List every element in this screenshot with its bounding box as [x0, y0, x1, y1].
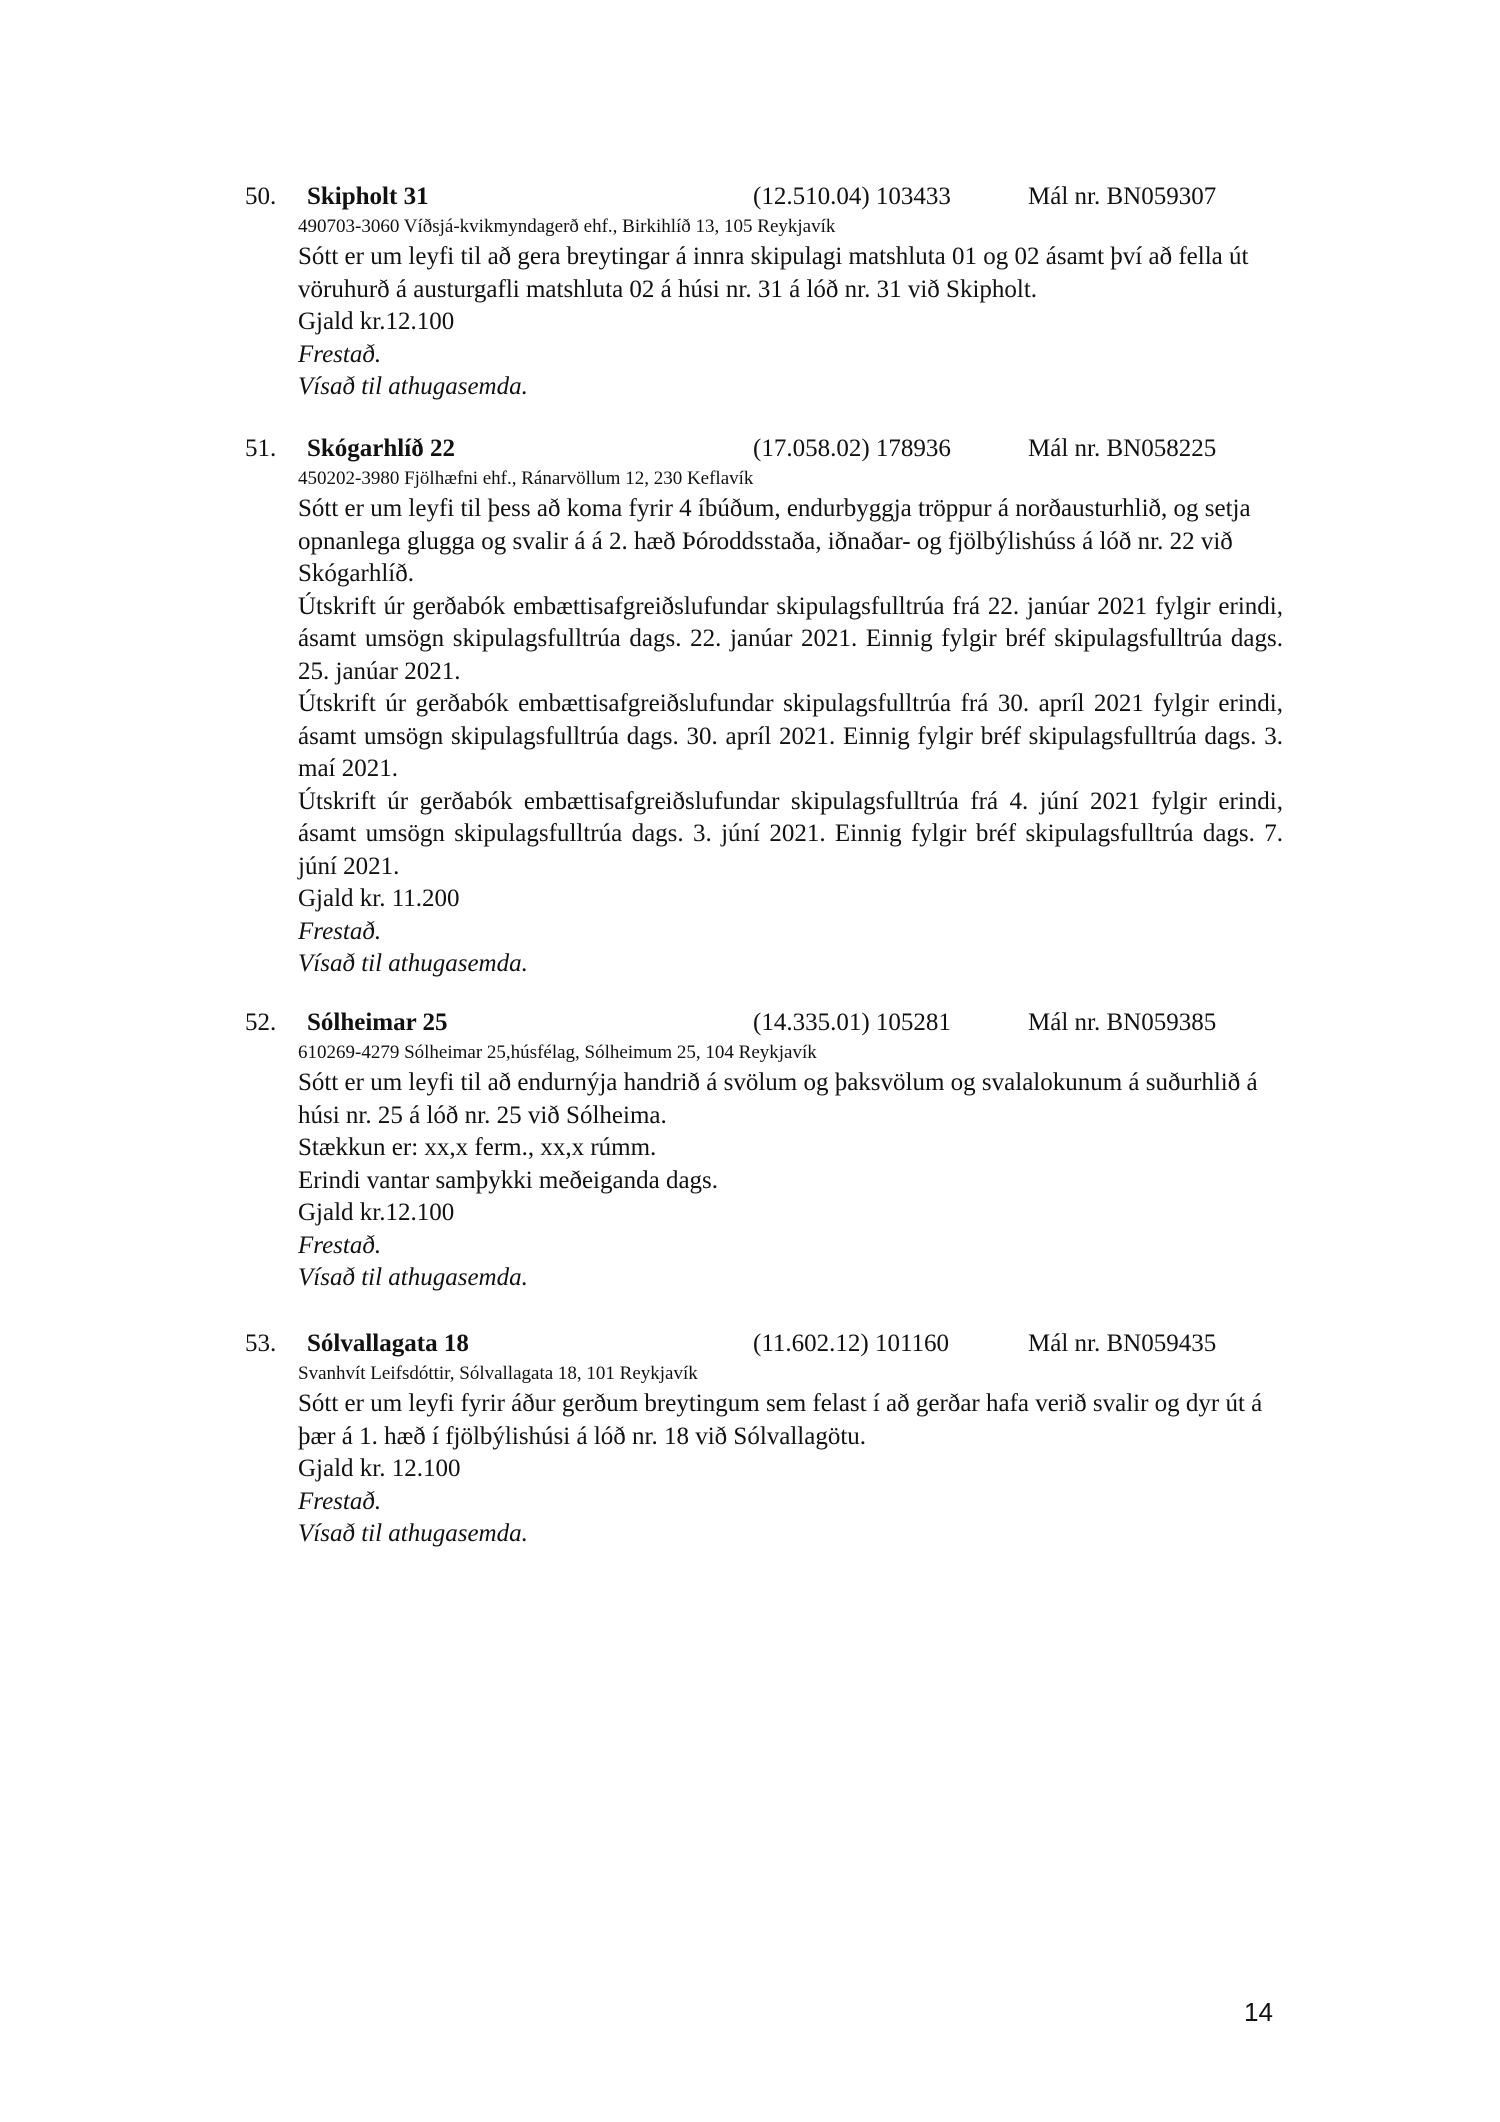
case-heading: 50. Skipholt 31 (12.510.04) 103433 Mál n…	[245, 180, 1295, 213]
address-title: Sólheimar 25	[307, 1006, 448, 1039]
note: Vísað til athugasemda.	[298, 1262, 1283, 1295]
address-title: Skipholt 31	[307, 180, 429, 213]
note: Vísað til athugasemda.	[298, 1518, 1283, 1551]
case-item: 52. Sólheimar 25 (14.335.01) 105281 Mál …	[245, 1006, 1295, 1295]
status: Frestað.	[298, 916, 1283, 949]
applicant: Svanhvít Leifsdóttir, Sólvallagata 18, 1…	[298, 1360, 1283, 1388]
address-title: Skógarhlíð 22	[307, 432, 455, 465]
case-number: Mál nr. BN059307	[1028, 180, 1216, 213]
attachment-note: Útskrift úr gerðabók embættisafgreiðsluf…	[298, 786, 1283, 884]
item-number: 50.	[245, 180, 276, 213]
land-reference: (11.602.12) 101160	[753, 1327, 949, 1360]
case-number: Mál nr. BN059435	[1028, 1327, 1216, 1360]
case-heading: 53. Sólvallagata 18 (11.602.12) 101160 M…	[245, 1327, 1295, 1360]
description: Sótt er um leyfi fyrir áður gerðum breyt…	[298, 1388, 1283, 1453]
case-number: Mál nr. BN058225	[1028, 432, 1216, 465]
fee: Gjald kr. 12.100	[298, 1453, 1283, 1486]
applicant: 490703-3060 Víðsjá-kvikmyndagerð ehf., B…	[298, 213, 1283, 241]
fee: Gjald kr.12.100	[298, 1197, 1283, 1230]
item-number: 52.	[245, 1006, 276, 1039]
missing-consent: Erindi vantar samþykki meðeiganda dags.	[298, 1165, 1283, 1198]
land-reference: (14.335.01) 105281	[753, 1006, 951, 1039]
status: Frestað.	[298, 1486, 1283, 1519]
enlargement: Stækkun er: xx,x ferm., xx,x rúmm.	[298, 1132, 1283, 1165]
item-number: 51.	[245, 432, 276, 465]
page-number: 14	[1244, 1997, 1273, 2028]
case-item: 51. Skógarhlíð 22 (17.058.02) 178936 Mál…	[245, 432, 1295, 981]
attachment-note: Útskrift úr gerðabók embættisafgreiðsluf…	[298, 688, 1283, 786]
address-title: Sólvallagata 18	[307, 1327, 469, 1360]
status: Frestað.	[298, 339, 1283, 372]
case-heading: 52. Sólheimar 25 (14.335.01) 105281 Mál …	[245, 1006, 1295, 1039]
item-number: 53.	[245, 1327, 276, 1360]
case-item: 53. Sólvallagata 18 (11.602.12) 101160 M…	[245, 1327, 1295, 1551]
note: Vísað til athugasemda.	[298, 948, 1283, 981]
land-reference: (12.510.04) 103433	[753, 180, 951, 213]
description: Sótt er um leyfi til þess að koma fyrir …	[298, 493, 1283, 591]
case-item: 50. Skipholt 31 (12.510.04) 103433 Mál n…	[245, 180, 1295, 404]
description: Sótt er um leyfi til að gera breytingar …	[298, 241, 1283, 306]
note: Vísað til athugasemda.	[298, 371, 1283, 404]
fee: Gjald kr.12.100	[298, 306, 1283, 339]
land-reference: (17.058.02) 178936	[753, 432, 951, 465]
description: Sótt er um leyfi til að endurnýja handri…	[298, 1067, 1283, 1132]
applicant: 610269-4279 Sólheimar 25,húsfélag, Sólhe…	[298, 1039, 1283, 1067]
fee: Gjald kr. 11.200	[298, 883, 1283, 916]
attachment-note: Útskrift úr gerðabók embættisafgreiðsluf…	[298, 591, 1283, 689]
case-heading: 51. Skógarhlíð 22 (17.058.02) 178936 Mál…	[245, 432, 1295, 465]
applicant: 450202-3980 Fjölhæfni ehf., Ránarvöllum …	[298, 465, 1283, 493]
status: Frestað.	[298, 1230, 1283, 1263]
case-number: Mál nr. BN059385	[1028, 1006, 1216, 1039]
document-page: 50. Skipholt 31 (12.510.04) 103433 Mál n…	[0, 0, 1500, 2122]
